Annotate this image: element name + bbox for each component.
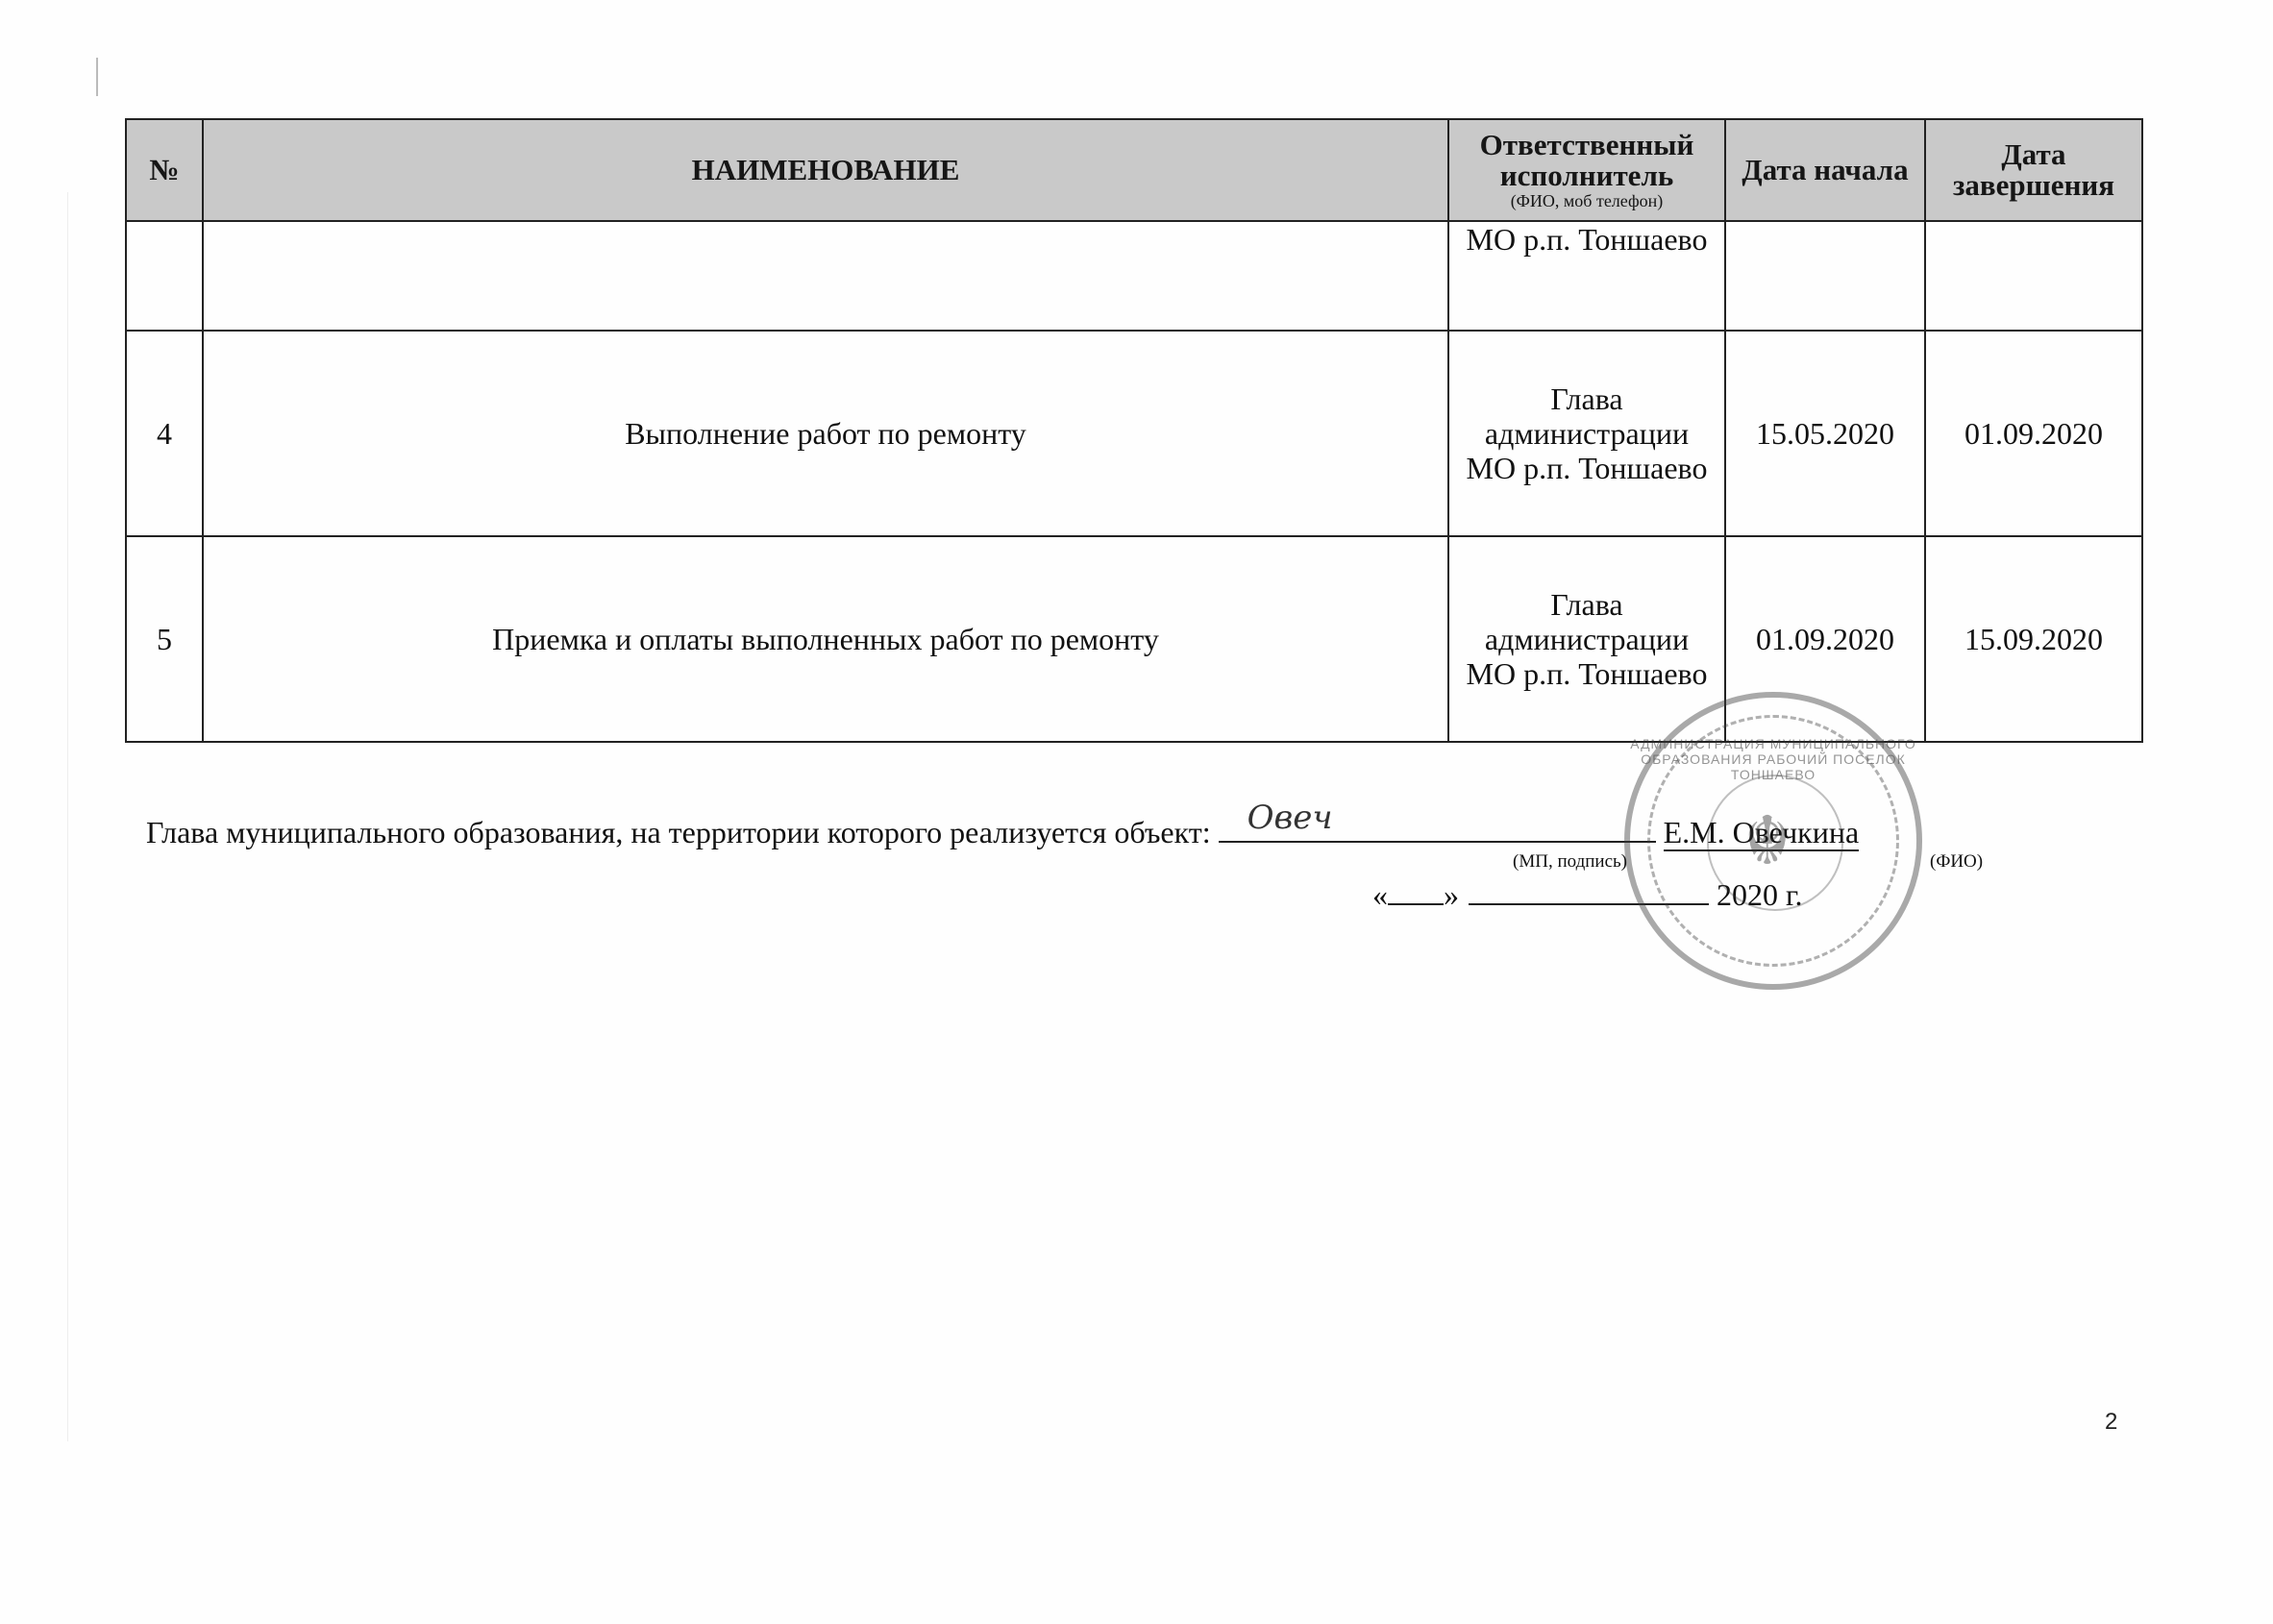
row-start-date: 15.05.2020 — [1725, 331, 1925, 536]
row-name: Приемка и оплаты выполненных работ по ре… — [203, 536, 1448, 742]
table-header-row: № НАИМЕНОВАНИЕ Ответственный исполнитель… — [126, 119, 2142, 221]
page-number: 2 — [2105, 1409, 2117, 1436]
scan-artifact — [67, 192, 68, 1441]
table-row: 4 Выполнение работ по ремонту Глава адми… — [126, 331, 2142, 536]
coat-of-arms-icon: ☬ — [1743, 801, 1791, 881]
row-end-date: 01.09.2020 — [1925, 331, 2142, 536]
header-responsible-sub: (ФИО, моб телефон) — [1457, 191, 1717, 210]
seal-text: АДМИНИСТРАЦИЯ МУНИЦИПАЛЬНОГО ОБРАЗОВАНИЯ… — [1630, 736, 1916, 782]
handwritten-signature: Овеч — [1248, 799, 1333, 837]
row-end-date — [1925, 221, 2142, 331]
row-responsible: Глава администрации МО р.п. Тоншаево — [1448, 536, 1725, 742]
signature-field: Овеч — [1219, 812, 1656, 843]
row-start-date — [1725, 221, 1925, 331]
official-seal: АДМИНИСТРАЦИЯ МУНИЦИПАЛЬНОГО ОБРАЗОВАНИЯ… — [1624, 692, 1922, 990]
caption-fio: (ФИО) — [1930, 851, 1983, 873]
row-num: 4 — [126, 331, 203, 536]
header-num: № — [126, 119, 203, 221]
signature-line: Глава муниципального образования, на тер… — [146, 812, 1859, 850]
row-name: Выполнение работ по ремонту — [203, 331, 1448, 536]
header-start-date: Дата начала — [1725, 119, 1925, 221]
header-name: НАИМЕНОВАНИЕ — [203, 119, 1448, 221]
header-responsible: Ответственный исполнитель (ФИО, моб теле… — [1448, 119, 1725, 221]
day-blank — [1388, 876, 1444, 905]
caption-stamp-signature: (МП, подпись) — [1513, 851, 1627, 873]
header-end-date: Дата завершения — [1925, 119, 2142, 221]
header-responsible-label: Ответственный исполнитель — [1480, 128, 1694, 192]
row-responsible: МО р.п. Тоншаево — [1448, 221, 1725, 331]
schedule-table: № НАИМЕНОВАНИЕ Ответственный исполнитель… — [125, 118, 2143, 743]
row-name — [203, 221, 1448, 331]
date-open-quote: « — [1372, 877, 1388, 912]
signature-label: Глава муниципального образования, на тер… — [146, 815, 1211, 849]
row-num: 5 — [126, 536, 203, 742]
scan-artifact — [96, 58, 98, 96]
table-row: МО р.п. Тоншаево — [126, 221, 2142, 331]
date-close-quote: » — [1444, 877, 1459, 912]
row-end-date: 15.09.2020 — [1925, 536, 2142, 742]
document-page: № НАИМЕНОВАНИЕ Ответственный исполнитель… — [0, 0, 2273, 1624]
row-num — [126, 221, 203, 331]
row-responsible: Глава администрации МО р.п. Тоншаево — [1448, 331, 1725, 536]
